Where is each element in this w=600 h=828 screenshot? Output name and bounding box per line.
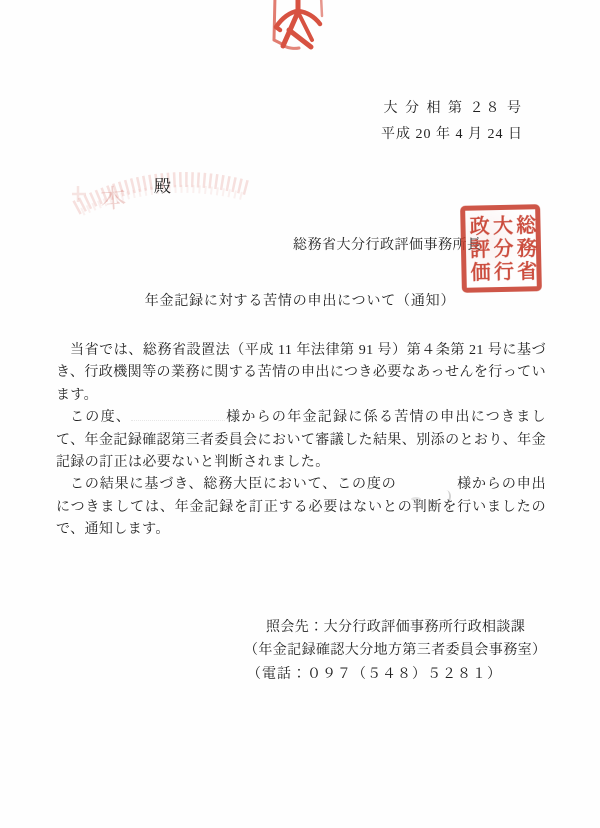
seal-column: 大分行 <box>490 215 511 284</box>
letter-body: 当省では、総務省設置法（平成 11 年法律第 91 号）第４条第 21 号に基づ… <box>56 340 546 542</box>
seal-column: 政評価 <box>467 215 488 284</box>
paragraph-2-text: この度、 <box>70 410 131 425</box>
paragraph-1: 当省では、総務省設置法（平成 11 年法律第 91 号）第４条第 21 号に基づ… <box>56 340 546 407</box>
subject-title: 年金記録に対する苦情の申出について（通知） <box>0 290 600 310</box>
paragraph-1-text: 当省では、総務省設置法（平成 11 年法律第 91 号）第４条第 21 号に基づ… <box>56 343 546 403</box>
contact-phone: （電話：０９７（５４８）５２８１） <box>244 663 546 686</box>
sender-title: 総務省大分行政評価事務所長 <box>293 234 482 254</box>
whiteout-smudge <box>150 406 186 425</box>
document-header: 大 分 相 第 ２８ 号 平成 20 年 4 月 24 日 <box>381 96 523 148</box>
recipient-honorific: 殿 <box>154 172 172 197</box>
document-number: 大 分 相 第 ２８ 号 <box>381 96 523 122</box>
official-seal: 総務省 大分行 政評価 <box>460 204 542 293</box>
paragraph-3: この結果に基づき、総務大臣において、この度の様からの申出につきましては、年金記録… <box>56 474 546 541</box>
document-page: 大 分 相 第 ２８ 号 平成 20 年 4 月 24 日 本 殿 総務省大分行… <box>0 0 600 828</box>
svg-text:本: 本 <box>99 184 127 215</box>
contact-block: 照会先：大分行政評価事務所行政相談課 （年金記録確認大分地方第三者委員会事務室）… <box>244 616 546 686</box>
paragraph-2: この度、様からの年金記録に係る苦情の申出につきまして、年金記録確認第三者委員会に… <box>56 407 546 474</box>
document-date: 平成 20 年 4 月 24 日 <box>381 122 523 148</box>
red-hand-stamp-icon <box>268 0 328 52</box>
paragraph-3-text: この結果に基づき、総務大臣において、この度の <box>70 477 397 492</box>
contact-committee-office: （年金記録確認大分地方第三者委員会事務室） <box>244 639 546 662</box>
contact-office: 照会先：大分行政評価事務所行政相談課 <box>244 616 546 639</box>
seal-column: 総務省 <box>514 214 535 283</box>
